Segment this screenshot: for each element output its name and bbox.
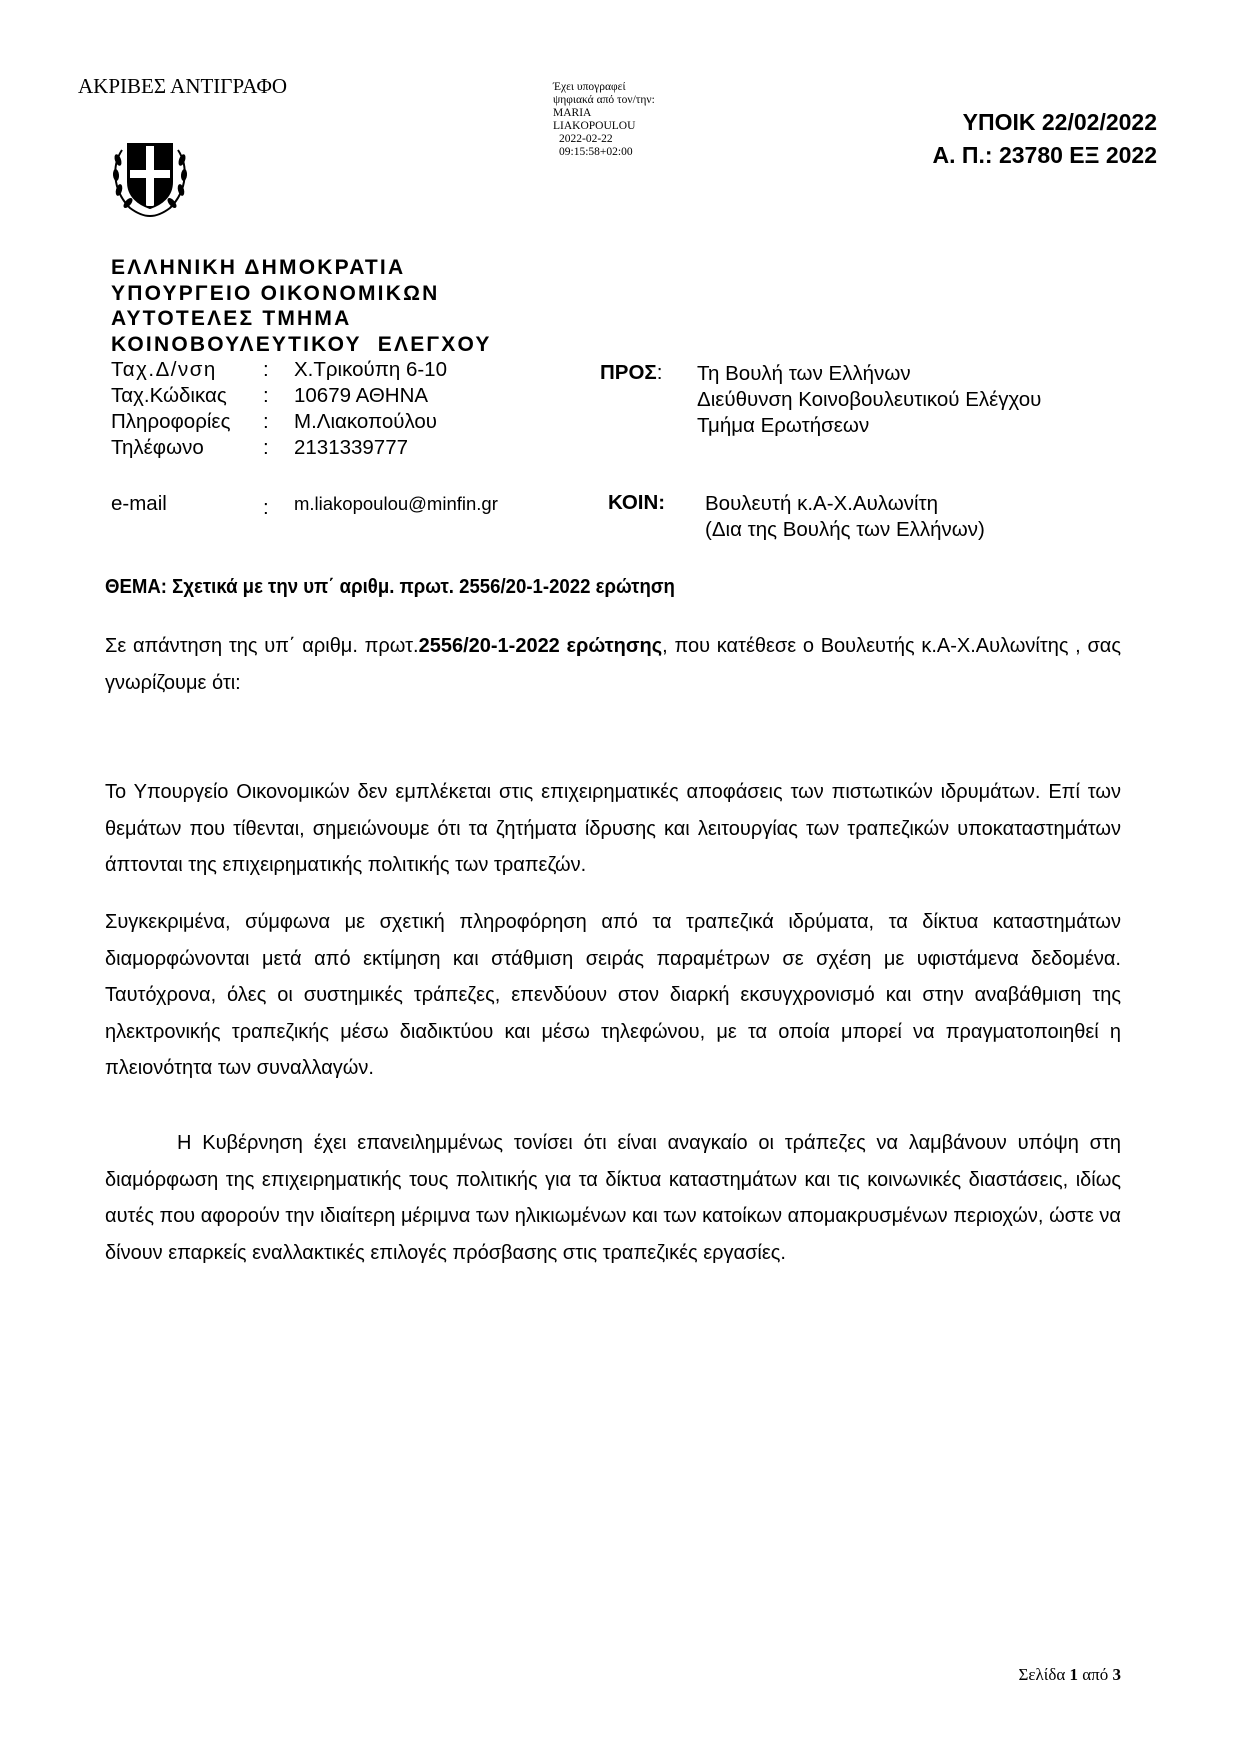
detail-label: Πληροφορίες bbox=[111, 409, 230, 434]
paragraph-text: Το Υπουργείο Οικονομικών δεν εμπλέκεται … bbox=[105, 774, 1121, 884]
recipient-line: Τμήμα Ερωτήσεων bbox=[697, 413, 1041, 439]
detail-value: Μ.Λιακοπούλου bbox=[294, 409, 437, 434]
page-number: Σελίδα 1 από 3 bbox=[1018, 1665, 1121, 1685]
body-paragraph-3: Η Κυβέρνηση έχει επανειλημμένως τονίσει … bbox=[105, 1125, 1121, 1271]
certified-copy-stamp: ΑΚΡΙΒΕΣ ΑΝΤΙΓΡΑΦΟ bbox=[78, 74, 287, 99]
page-total: 3 bbox=[1113, 1665, 1122, 1684]
letter-subject: ΘΕΜΑ: Σχετικά με την υπ΄ αριθμ. πρωτ. 25… bbox=[105, 576, 675, 599]
recipient-to: Τη Βουλή των Ελλήνων Διεύθυνση Κοινοβουλ… bbox=[697, 361, 1041, 439]
page-current: 1 bbox=[1070, 1665, 1079, 1684]
recipient-to-label: ΠΡΟΣ: bbox=[600, 361, 662, 385]
question-reference: 2556/20-1-2022 ερώτησης bbox=[419, 635, 663, 657]
to-label-colon: : bbox=[657, 361, 663, 384]
detail-label: e-mail bbox=[111, 491, 167, 516]
to-label-text: ΠΡΟΣ bbox=[600, 361, 657, 384]
detail-colon: : bbox=[263, 409, 269, 434]
body-paragraph-1: Το Υπουργείο Οικονομικών δεν εμπλέκεται … bbox=[105, 774, 1121, 884]
email-link[interactable]: m.liakopoulou@minfin.gr bbox=[294, 491, 498, 516]
intro-text: Σε απάντηση της υπ΄ αριθμ. πρωτ. bbox=[105, 635, 419, 657]
signature-date: 2022-02-22 bbox=[553, 133, 655, 146]
recipient-line: Διεύθυνση Κοινοβουλευτικού Ελέγχου bbox=[697, 387, 1041, 413]
protocol-reference: ΥΠΟΙΚ 22/02/2022 Α. Π.: 23780 ΕΞ 2022 bbox=[933, 106, 1158, 172]
signature-line: ψηφιακά από τον/την: bbox=[553, 94, 655, 107]
protocol-number: Α. Π.: 23780 ΕΞ 2022 bbox=[933, 139, 1158, 172]
signer-first-name: MARIA bbox=[553, 107, 655, 120]
signature-time: 09:15:58+02:00 bbox=[553, 146, 655, 159]
reference-date: ΥΠΟΙΚ 22/02/2022 bbox=[933, 106, 1158, 139]
detail-value: Χ.Τρικούπη 6-10 bbox=[294, 357, 447, 382]
detail-value: 10679 ΑΘΗΝΑ bbox=[294, 383, 428, 408]
page-prefix: Σελίδα bbox=[1018, 1665, 1065, 1684]
detail-value: 2131339777 bbox=[294, 435, 408, 460]
detail-label: Τηλέφωνο bbox=[111, 435, 204, 460]
org-line: ΕΛΛΗΝΙΚΗ ΔΗΜΟΚΡΑΤΙΑ bbox=[111, 255, 492, 281]
paragraph-text: Συγκεκριμένα, σύμφωνα με σχετική πληροφό… bbox=[105, 904, 1121, 1087]
signer-last-name: LIAKOPOULOU bbox=[553, 120, 655, 133]
cc-line: Βουλευτή κ.Α-Χ.Αυλωνίτη bbox=[705, 491, 985, 517]
cc-line: (Δια της Βουλής των Ελλήνων) bbox=[705, 517, 985, 543]
org-line: ΑΥΤΟΤΕΛΕΣ ΤΜΗΜΑ bbox=[111, 306, 492, 332]
recipient-line: Τη Βουλή των Ελλήνων bbox=[697, 361, 1041, 387]
detail-colon: : bbox=[263, 383, 269, 408]
sender-organization: ΕΛΛΗΝΙΚΗ ΔΗΜΟΚΡΑΤΙΑ ΥΠΟΥΡΓΕΙΟ ΟΙΚΟΝΟΜΙΚΩ… bbox=[111, 255, 492, 357]
org-line: ΥΠΟΥΡΓΕΙΟ ΟΙΚΟΝΟΜΙΚΩΝ bbox=[111, 281, 492, 307]
page-mid: από bbox=[1082, 1665, 1108, 1684]
paragraph-text: Η Κυβέρνηση έχει επανειλημμένως τονίσει … bbox=[105, 1125, 1121, 1271]
recipient-cc-label: ΚΟΙΝ: bbox=[608, 491, 665, 515]
detail-label: Ταχ.Κώδικας bbox=[111, 383, 227, 408]
greek-coat-of-arms-icon bbox=[108, 130, 192, 222]
detail-label: Ταχ.Δ/νση bbox=[111, 357, 217, 382]
body-paragraph-2: Συγκεκριμένα, σύμφωνα με σχετική πληροφό… bbox=[105, 904, 1121, 1087]
digital-signature-block: Έχει υπογραφεί ψηφιακά από τον/την: MARI… bbox=[553, 81, 655, 159]
signature-line: Έχει υπογραφεί bbox=[553, 81, 655, 94]
org-line: ΚΟΙΝΟΒΟΥΛΕΥΤΙΚΟΥ ΕΛΕΓΧΟΥ bbox=[111, 332, 492, 358]
intro-paragraph: Σε απάντηση της υπ΄ αριθμ. πρωτ.2556/20-… bbox=[105, 628, 1121, 701]
detail-colon: : bbox=[263, 435, 269, 460]
recipient-cc: Βουλευτή κ.Α-Χ.Αυλωνίτη (Δια της Βουλής … bbox=[705, 491, 985, 543]
detail-colon: : bbox=[263, 495, 269, 520]
detail-colon: : bbox=[263, 357, 269, 382]
